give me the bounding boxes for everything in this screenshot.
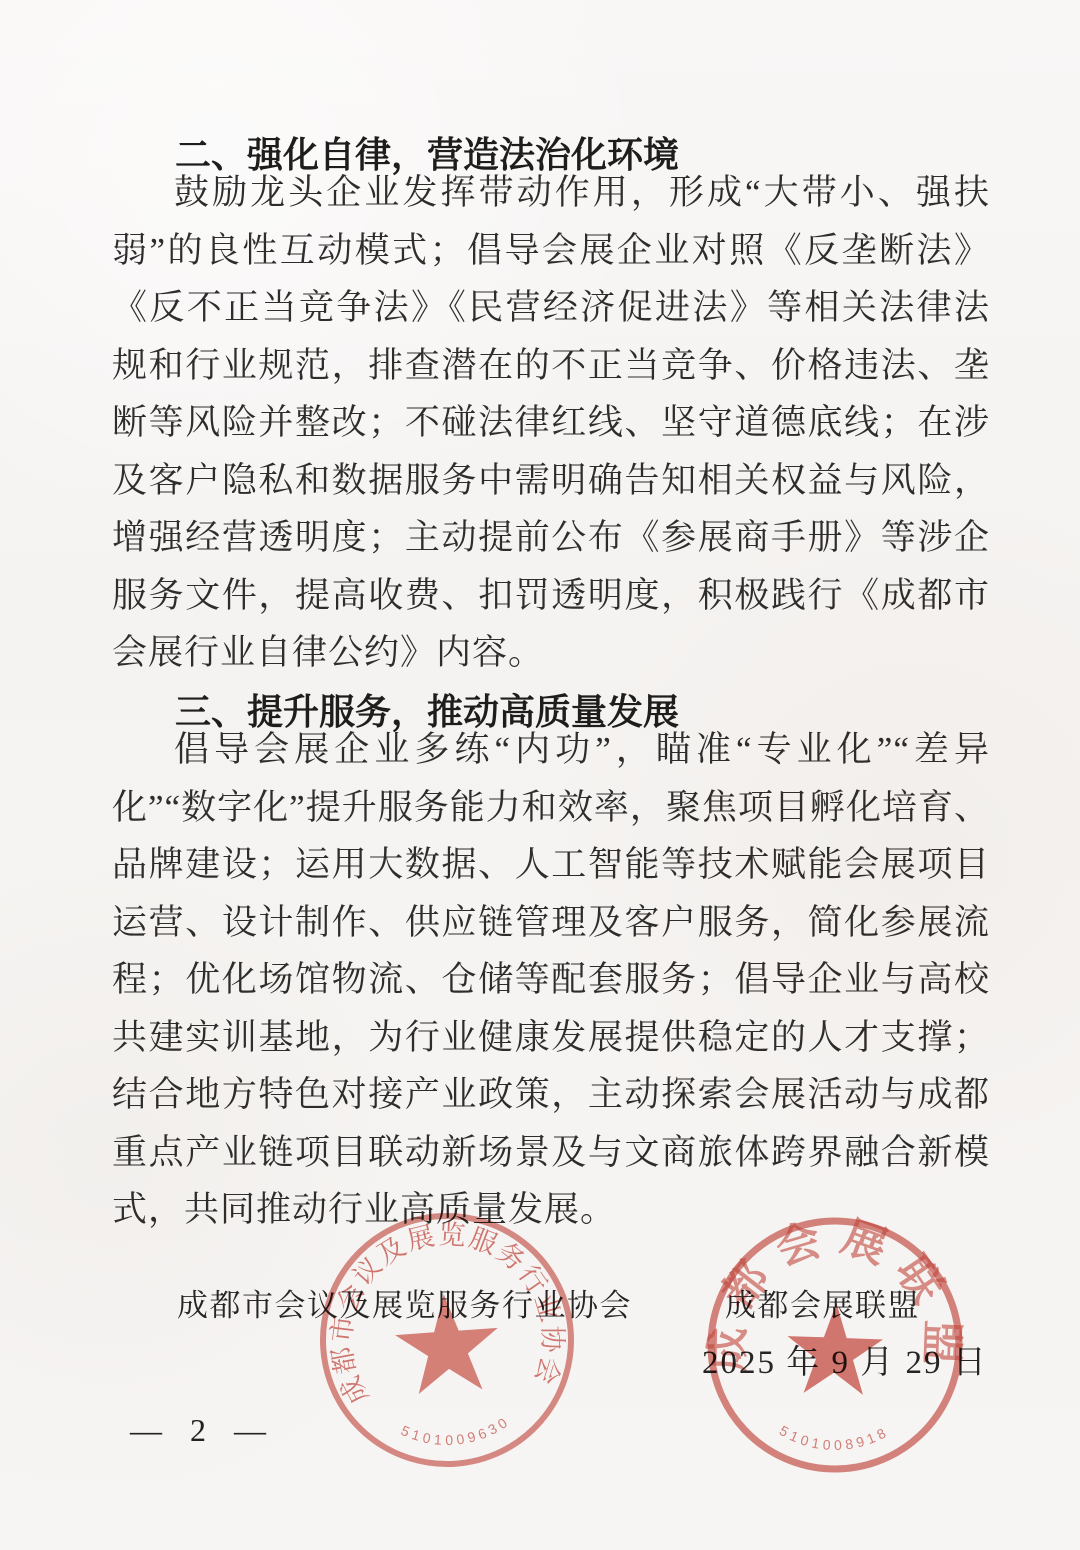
left-organization-signature: 成都市会议及展览服务行业协会 — [177, 1286, 632, 1326]
signature-date: 2025 年 9 月 29 日 — [702, 1342, 988, 1384]
section-2-paragraph: 倡导会展企业多练“内功”，瞄准“专业化”“差异化”“数字化”提升服务能力和效率，… — [112, 721, 990, 1239]
right-organization-signature: 成都会展联盟 — [725, 1286, 920, 1326]
document-page: 二、强化自律，营造法治化环境 鼓励龙头企业发挥带动作用，形成“大带小、强扶弱”的… — [0, 0, 1080, 1550]
page-number: — 2 — — [130, 1412, 276, 1449]
section-1-paragraph: 鼓励龙头企业发挥带动作用，形成“大带小、强扶弱”的良性互动模式；倡导会展企业对照… — [112, 164, 990, 682]
left-seal-ring — [315, 1208, 580, 1473]
